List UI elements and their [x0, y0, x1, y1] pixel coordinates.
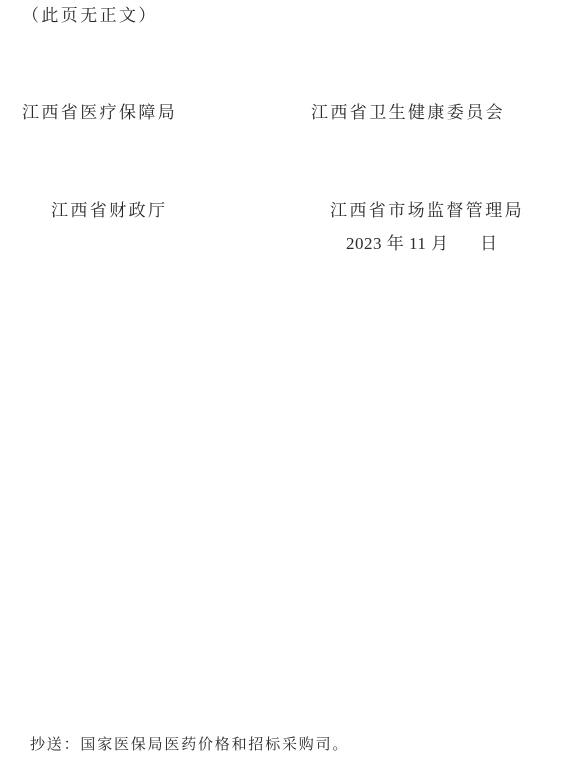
carbon-copy-line: 抄送：国家医保局医药价格和招标采购司。: [30, 734, 349, 754]
signatory-market-regulation-bureau: 江西省市场监督管理局: [330, 201, 524, 221]
date-month: 11: [409, 234, 426, 253]
date-year-unit: 年: [387, 234, 405, 253]
no-body-text-note: （此页无正文）: [22, 6, 158, 26]
date-year: 2023: [346, 234, 382, 253]
document-date: 2023 年 11 月 日: [346, 234, 498, 254]
signatory-healthcare-security-bureau: 江西省医疗保障局: [22, 103, 177, 123]
date-day-unit: 日: [480, 234, 498, 253]
date-month-unit: 月: [431, 234, 449, 253]
signatory-finance-department: 江西省财政厅: [51, 201, 167, 221]
signatory-health-commission: 江西省卫生健康委员会: [311, 103, 505, 123]
